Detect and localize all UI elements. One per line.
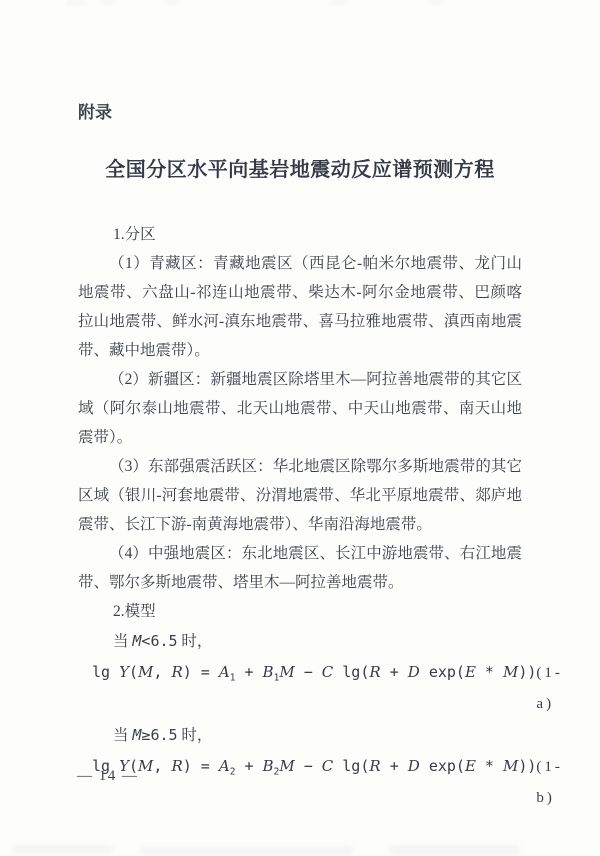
condition-line-b: 当 M≥6.5 时， [78, 720, 522, 751]
paragraph-xinjiang: （2）新疆区：新疆地震区除塔里木—阿拉善地震带的其它区 域（阿尔泰山地震带、北天… [78, 365, 522, 452]
text-line: 地震带、六盘山-祁连山地震带、柴达木-阿尔金地震带、巴颜喀 [78, 278, 522, 307]
scan-artifact [13, 845, 113, 853]
text-line: 震带）。 [78, 423, 522, 452]
paragraph-eastern-active: （3）东部强震活跃区：华北地震区除鄂尔多斯地震带的其它 区域（银川-河套地震带、… [78, 452, 522, 539]
scan-artifact [390, 845, 520, 855]
scan-artifact [100, 0, 114, 4]
condition-line-a: 当 M<6.5 时， [78, 626, 522, 657]
text-line: 震带、长江下游-南黄海地震带）、华南沿海地震带。 [78, 510, 522, 539]
scan-artifact [66, 0, 86, 5]
text-line: （3）东部强震活跃区：华北地震区除鄂尔多斯地震带的其它 [78, 452, 522, 481]
equation-row-1a: lg Y(M, R) = A1 + B1M − C lg(R + D exp(E… [78, 657, 522, 720]
appendix-label: 附录 [78, 102, 522, 124]
scan-artifact [430, 0, 444, 4]
document-page: 附录 全国分区水平向基岩地震动反应谱预测方程 1.分区 （1）青藏区：青藏地震区… [0, 0, 600, 856]
paragraph-qingzang: （1）青藏区：青藏地震区（西昆仑-帕米尔地震带、龙门山 地震带、六盘山-祁连山地… [78, 249, 522, 365]
equation-number: (1-a) [536, 658, 563, 720]
equation-math: lg Y(M, R) = A1 + B1M − C lg(R + D exp(E… [92, 657, 536, 694]
text-line: 区域（银川-河套地震带、汾渭地震带、华北平原地震带、郯庐地 [78, 481, 522, 510]
text-line: 拉山地震带、鲜水河-滇东地震带、喜马拉雅地震带、滇西南地震 [78, 307, 522, 336]
text-line: 带、藏中地震带）。 [78, 336, 522, 365]
section-heading-partition: 1.分区 [78, 220, 522, 249]
scan-artifact [330, 0, 346, 4]
text-line: 域（阿尔泰山地震带、北天山地震带、中天山地震带、南天山地 [78, 394, 522, 423]
page-title: 全国分区水平向基岩地震动反应谱预测方程 [78, 156, 522, 184]
scan-artifact [140, 846, 353, 855]
equation-number: (1-b) [536, 752, 563, 814]
equation-math: lg Y(M, R) = A2 + B2M − C lg(R + D exp(E… [92, 751, 536, 788]
section-heading-model: 2.模型 [78, 597, 522, 626]
text-line: （2）新疆区：新疆地震区除塔里木—阿拉善地震带的其它区 [78, 365, 522, 394]
document-body: 1.分区 （1）青藏区：青藏地震区（西昆仑-帕米尔地震带、龙门山 地震带、六盘山… [78, 220, 522, 814]
paragraph-moderate: （4）中强地震区：东北地震区、长江中游地震带、右江地震 带、鄂尔多斯地震带、塔里… [78, 539, 522, 597]
equation-row-1b: lg Y(M, R) = A2 + B2M − C lg(R + D exp(E… [78, 751, 522, 814]
scan-artifact [166, 0, 180, 4]
text-line: （4）中强地震区：东北地震区、长江中游地震带、右江地震 [78, 539, 522, 568]
page-number: — 14 — [77, 768, 139, 785]
page-content: 附录 全国分区水平向基岩地震动反应谱预测方程 1.分区 （1）青藏区：青藏地震区… [0, 0, 600, 814]
text-line: （1）青藏区：青藏地震区（西昆仑-帕米尔地震带、龙门山 [78, 249, 522, 278]
text-line: 带、鄂尔多斯地震带、塔里木—阿拉善地震带。 [78, 568, 522, 597]
